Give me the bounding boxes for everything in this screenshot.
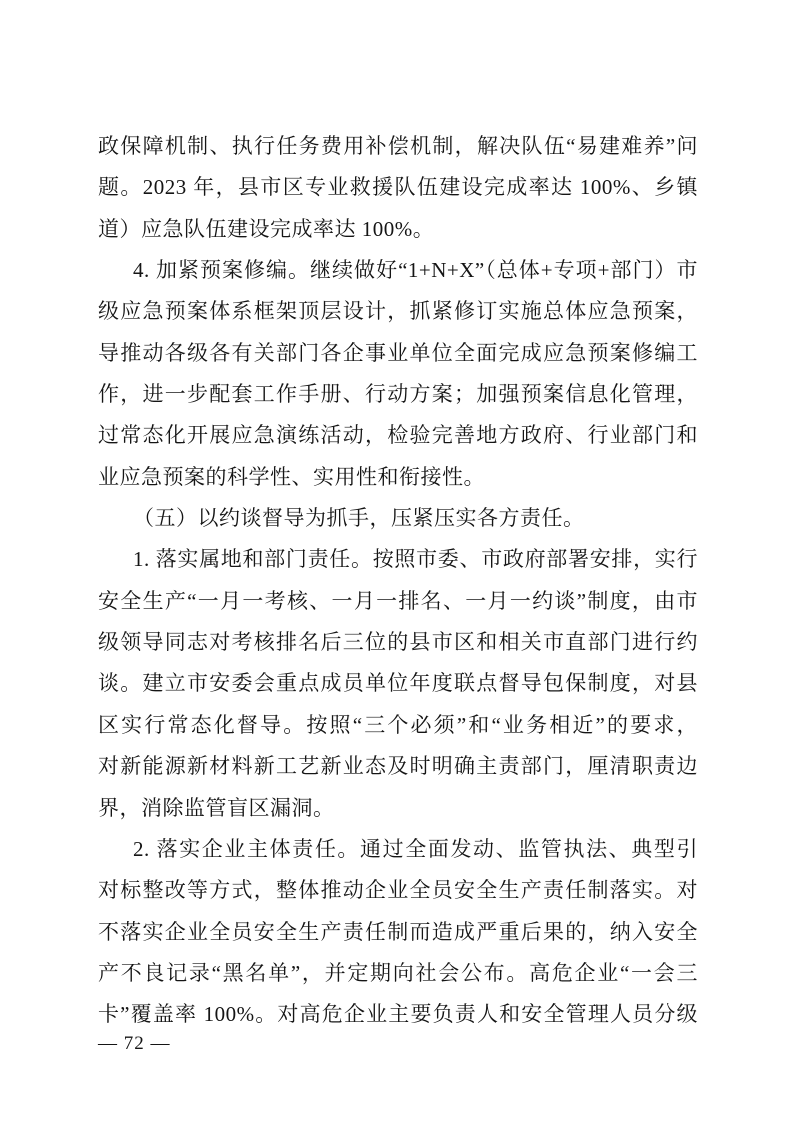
- paragraph: 2. 落实企业主体责任。通过全面发动、监管执法、典型引领、对标整改等方式，整体推…: [98, 829, 698, 1036]
- text-line: 产不良记录“黑名单”，并定期向社会公布。高危企业“一会三: [98, 953, 698, 994]
- text-line: 业应急预案的科学性、实用性和衔接性。: [98, 457, 698, 498]
- text-line: 卡”覆盖率 100%。对高危企业主要负责人和安全管理人员分级: [98, 994, 698, 1035]
- text-line: 4. 加紧预案修编。继续做好“1+N+X”（总体+专项+部门）市: [98, 250, 698, 291]
- text-line: 谈。建立市安委会重点成员单位年度联点督导包保制度，对县市: [98, 663, 698, 704]
- text-line: 道）应急队伍建设完成率达 100%。: [98, 209, 698, 250]
- paragraph: 1. 落实属地和部门责任。按照市委、市政府部署安排，实行安全生产“一月一考核、一…: [98, 539, 698, 828]
- paragraph: 4. 加紧预案修编。继续做好“1+N+X”（总体+专项+部门）市级应急预案体系框…: [98, 250, 698, 498]
- text-line: 界，消除监管盲区漏洞。: [98, 788, 698, 829]
- text-line: 导推动各级各有关部门各企事业单位全面完成应急预案修编工: [98, 333, 698, 374]
- text-line: 题。2023 年，县市区专业救援队伍建设完成率达 100%、乡镇（街: [98, 167, 698, 208]
- text-line: 过常态化开展应急演练活动，检验完善地方政府、行业部门和企: [98, 415, 698, 456]
- text-line: 安全生产“一月一考核、一月一排名、一月一约谈”制度，由市: [98, 581, 698, 622]
- text-line: 不落实企业全员安全生产责任制而造成严重后果的，纳入安全生: [98, 912, 698, 953]
- paragraph: 政保障机制、执行任务费用补偿机制，解决队伍“易建难养”问题。2023 年，县市区…: [98, 126, 698, 250]
- text-line: 对新能源新材料新工艺新业态及时明确主责部门，厘清职责边: [98, 746, 698, 787]
- text-line: （五）以约谈督导为抓手，压紧压实各方责任。: [98, 498, 698, 539]
- section-heading-paragraph: （五）以约谈督导为抓手，压紧压实各方责任。: [98, 498, 698, 539]
- text-line: 作，进一步配套工作手册、行动方案；加强预案信息化管理，通: [98, 374, 698, 415]
- text-line: 区实行常态化督导。按照“三个必须”和“业务相近”的要求，: [98, 705, 698, 746]
- text-line: 级应急预案体系框架顶层设计，抓紧修订实施总体应急预案，指: [98, 291, 698, 332]
- page-number: — 72 —: [98, 1032, 171, 1056]
- document-body: 政保障机制、执行任务费用补偿机制，解决队伍“易建难养”问题。2023 年，县市区…: [98, 126, 698, 1036]
- text-line: 1. 落实属地和部门责任。按照市委、市政府部署安排，实行: [98, 539, 698, 580]
- document-page: 政保障机制、执行任务费用补偿机制，解决队伍“易建难养”问题。2023 年，县市区…: [0, 0, 793, 1122]
- text-line: 级领导同志对考核排名后三位的县市区和相关市直部门进行约: [98, 622, 698, 663]
- text-line: 2. 落实企业主体责任。通过全面发动、监管执法、典型引领、: [98, 829, 698, 870]
- text-line: 政保障机制、执行任务费用补偿机制，解决队伍“易建难养”问: [98, 126, 698, 167]
- text-line: 对标整改等方式，整体推动企业全员安全生产责任制落实。对拒: [98, 870, 698, 911]
